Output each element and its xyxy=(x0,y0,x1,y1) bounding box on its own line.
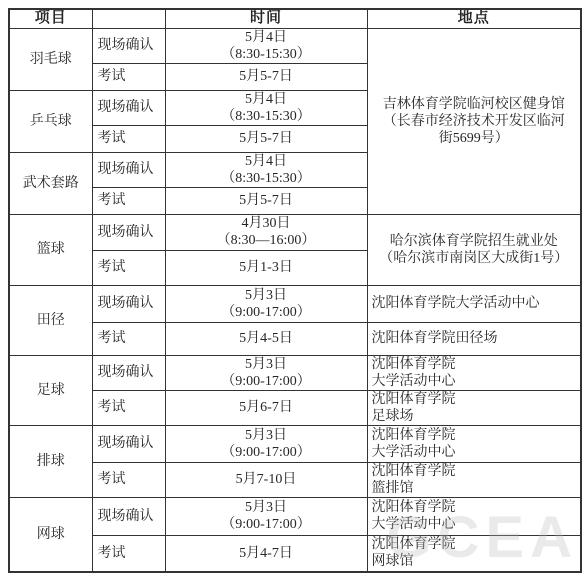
table-row: 网球 现场确认 5月3日 （9:00-17:00） 沈阳体育学院 大学活动中心 xyxy=(9,497,581,535)
time-cell: 5月5-7日 xyxy=(165,63,367,90)
session-cell: 现场确认 xyxy=(92,497,165,535)
session-cell: 考试 xyxy=(92,250,165,285)
item-cell: 武术套路 xyxy=(9,152,92,214)
item-cell: 网球 xyxy=(9,497,92,572)
table-row: 考试 5月4-5日 沈阳体育学院田径场 xyxy=(9,322,581,355)
time-cell: 5月3日 （9:00-17:00） xyxy=(165,355,367,390)
session-cell: 考试 xyxy=(92,63,165,90)
time-cell: 5月5-7日 xyxy=(165,187,367,214)
place-cell: 沈阳体育学院大学活动中心 xyxy=(367,285,581,322)
session-cell: 现场确认 xyxy=(92,285,165,322)
header-place: 地点 xyxy=(367,9,581,28)
time-cell: 5月4-5日 xyxy=(165,322,367,355)
time-cell: 5月4-7日 xyxy=(165,535,367,572)
time-cell: 5月3日 （9:00-17:00） xyxy=(165,497,367,535)
place-cell: 沈阳体育学院 足球场 xyxy=(367,390,581,425)
table-row: 考试 5月7-10日 沈阳体育学院 篮排馆 xyxy=(9,462,581,497)
session-cell: 考试 xyxy=(92,187,165,214)
session-cell: 现场确认 xyxy=(92,214,165,250)
item-cell: 排球 xyxy=(9,425,92,497)
session-cell: 现场确认 xyxy=(92,355,165,390)
session-cell: 现场确认 xyxy=(92,152,165,187)
table-row: 田径 现场确认 5月3日 （9:00-17:00） 沈阳体育学院大学活动中心 xyxy=(9,285,581,322)
session-cell: 现场确认 xyxy=(92,28,165,63)
table-row: 羽毛球 现场确认 5月4日 （8:30-15:30） 吉林体育学院临河校区健身馆… xyxy=(9,28,581,63)
time-cell: 5月4日 （8:30-15:30） xyxy=(165,152,367,187)
table-row: 考试 5月4-7日 沈阳体育学院 网球馆 xyxy=(9,535,581,572)
item-cell: 乒乓球 xyxy=(9,90,92,152)
header-row: 项目 时间 地点 xyxy=(9,9,581,28)
schedule-page: 项目 时间 地点 羽毛球 现场确认 5月4日 （8:30-15:30） 吉林体育… xyxy=(0,0,587,579)
session-cell: 考试 xyxy=(92,390,165,425)
place-cell: 哈尔滨体育学院招生就业处 （哈尔滨市南岗区大成街1号） xyxy=(367,214,581,285)
time-cell: 5月5-7日 xyxy=(165,125,367,152)
place-cell: 沈阳体育学院 大学活动中心 xyxy=(367,425,581,462)
table-row: 考试 5月6-7日 沈阳体育学院 足球场 xyxy=(9,390,581,425)
table-row: 排球 现场确认 5月3日 （9:00-17:00） 沈阳体育学院 大学活动中心 xyxy=(9,425,581,462)
time-cell: 5月3日 （9:00-17:00） xyxy=(165,425,367,462)
item-cell: 田径 xyxy=(9,285,92,355)
time-cell: 5月6-7日 xyxy=(165,390,367,425)
time-cell: 5月7-10日 xyxy=(165,462,367,497)
place-cell: 吉林体育学院临河校区健身馆 （长春市经济技术开发区临河 街5699号） xyxy=(367,28,581,214)
time-cell: 5月4日 （8:30-15:30） xyxy=(165,90,367,125)
session-cell: 考试 xyxy=(92,125,165,152)
session-cell: 现场确认 xyxy=(92,425,165,462)
item-cell: 足球 xyxy=(9,355,92,425)
time-cell: 5月4日 （8:30-15:30） xyxy=(165,28,367,63)
place-cell: 沈阳体育学院田径场 xyxy=(367,322,581,355)
header-session xyxy=(92,9,165,28)
place-cell: 沈阳体育学院 大学活动中心 xyxy=(367,355,581,390)
session-cell: 考试 xyxy=(92,462,165,497)
table-row: 足球 现场确认 5月3日 （9:00-17:00） 沈阳体育学院 大学活动中心 xyxy=(9,355,581,390)
place-cell: 沈阳体育学院 大学活动中心 xyxy=(367,497,581,535)
time-cell: 5月3日 （9:00-17:00） xyxy=(165,285,367,322)
session-cell: 现场确认 xyxy=(92,90,165,125)
header-time: 时间 xyxy=(165,9,367,28)
time-cell: 5月1-3日 xyxy=(165,250,367,285)
table-row: 篮球 现场确认 4月30日 （8:30—16:00） 哈尔滨体育学院招生就业处 … xyxy=(9,214,581,250)
item-cell: 篮球 xyxy=(9,214,92,285)
session-cell: 考试 xyxy=(92,322,165,355)
item-cell: 羽毛球 xyxy=(9,28,92,90)
header-item: 项目 xyxy=(9,9,92,28)
session-cell: 考试 xyxy=(92,535,165,572)
place-cell: 沈阳体育学院 篮排馆 xyxy=(367,462,581,497)
exam-schedule-table: 项目 时间 地点 羽毛球 现场确认 5月4日 （8:30-15:30） 吉林体育… xyxy=(8,8,582,573)
place-cell: 沈阳体育学院 网球馆 xyxy=(367,535,581,572)
time-cell: 4月30日 （8:30—16:00） xyxy=(165,214,367,250)
